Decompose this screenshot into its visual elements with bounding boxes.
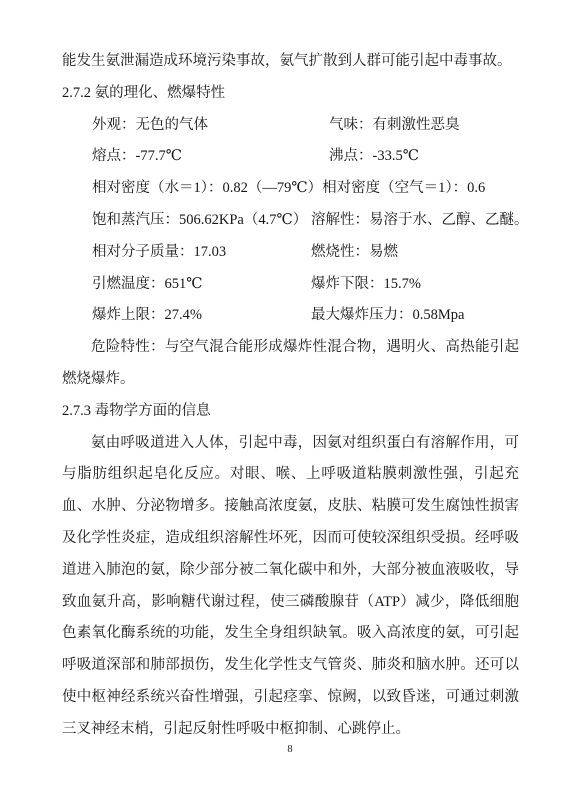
property-molecular-mass: 相对分子质量：17.03 [92,237,311,269]
property-boiling-point: 沸点：-33.5℃ [329,141,519,173]
property-solubility: 溶解性：易溶于水、乙醇、乙醚。 [311,205,529,237]
property-flammability: 燃烧性：易燃 [311,237,519,269]
section-heading-2-7-3: 2.7.3 毒物学方面的信息 [62,396,519,428]
property-lower-explosive-limit: 爆炸下限：15.7% [311,269,519,301]
property-ignition-temperature: 引燃温度：651℃ [92,269,311,301]
document-page: 能发生氨泄漏造成环境污染事故，氨气扩散到人群可能引起中毒事故。 2.7.2 氨的… [0,0,580,806]
property-row-explosive-limit: 爆炸上限：27.4% 最大爆炸压力：0.58Mpa [62,300,519,332]
property-row-relative-density: 相对密度（水＝1）：0.82（—79℃） 相对密度（空气＝1）：0.6 [62,173,519,205]
property-density-air: 相对密度（空气＝1）：0.6 [322,173,519,205]
property-row-ignition-temperature: 引燃温度：651℃ 爆炸下限：15.7% [62,269,519,301]
property-row-molecular-mass: 相对分子质量：17.03 燃烧性：易燃 [62,237,519,269]
paragraph-continuation: 能发生氨泄漏造成环境污染事故，氨气扩散到人群可能引起中毒事故。 [62,46,519,78]
document-content: 能发生氨泄漏造成环境污染事故，氨气扩散到人群可能引起中毒事故。 2.7.2 氨的… [62,46,519,746]
property-row-vapor-pressure: 饱和蒸汽压：506.62KPa（4.7℃） 溶解性：易溶于水、乙醇、乙醚。 [62,205,519,237]
property-odor: 气味：有刺激性恶臭 [329,110,519,142]
property-density-water: 相对密度（水＝1）：0.82（—79℃） [92,173,322,205]
page-number: 8 [0,741,580,759]
property-appearance: 外观：无色的气体 [92,110,329,142]
property-upper-explosive-limit: 爆炸上限：27.4% [92,300,311,332]
property-row-appearance: 外观：无色的气体 气味：有刺激性恶臭 [62,110,519,142]
property-vapor-pressure: 饱和蒸汽压：506.62KPa（4.7℃） [92,205,311,237]
property-max-explosion-pressure: 最大爆炸压力：0.58Mpa [311,300,519,332]
property-row-melting-point: 熔点：-77.7℃ 沸点：-33.5℃ [62,141,519,173]
property-melting-point: 熔点：-77.7℃ [92,141,329,173]
toxicology-paragraph: 氨由呼吸道进入人体，引起中毒，因氨对组织蛋白有溶解作用，可与脂肪组织起皂化反应。… [62,428,519,746]
section-heading-2-7-2: 2.7.2 氨的理化、燃爆特性 [62,78,519,110]
hazard-characteristics-paragraph: 危险特性：与空气混合能形成爆炸性混合物，遇明火、高热能引起燃烧爆炸。 [62,332,519,396]
